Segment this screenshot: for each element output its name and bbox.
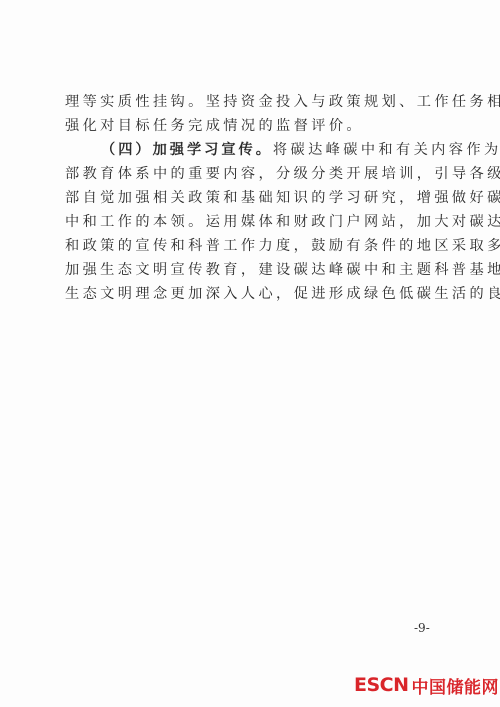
logo-cjk-text: 中国储能网 (412, 673, 500, 698)
heading-line-text: 将碳达峰碳中和有关内容作为财政干 (273, 142, 500, 158)
text-line: 生态文明理念更加深入人心，促进形成绿色低碳生活的良好氛围。 (65, 282, 437, 306)
page-number: -9- (414, 621, 430, 635)
text-line: 强化对目标任务完成情况的监督评价。 (65, 114, 437, 138)
text-line: 理等实质性挂钩。坚持资金投入与政策规划、工作任务相衔接， (65, 90, 437, 114)
text-line: 部教育体系中的重要内容，分级分类开展培训，引导各级财政干 (65, 162, 437, 186)
text-line: 加强生态文明宣传教育，建设碳达峰碳中和主题科普基地，推动 (65, 258, 437, 282)
escn-watermark-logo: ESCN 中国储能网 (354, 674, 499, 696)
text-line: 中和工作的本领。运用媒体和财政门户网站，加大对碳达峰碳中 (65, 210, 437, 234)
text-line: 部自觉加强相关政策和基础知识的学习研究，增强做好碳达峰碳 (65, 186, 437, 210)
section-heading: （四）加强学习宣传。 (101, 142, 273, 158)
body-text: 理等实质性挂钩。坚持资金投入与政策规划、工作任务相衔接， 强化对目标任务完成情况… (65, 90, 437, 306)
text-line: 和政策的宣传和科普工作力度，鼓励有条件的地区采取多种方式 (65, 234, 437, 258)
document-page: 理等实质性挂钩。坚持资金投入与政策规划、工作任务相衔接， 强化对目标任务完成情况… (0, 0, 500, 707)
section-heading-line: （四）加强学习宣传。将碳达峰碳中和有关内容作为财政干 (65, 138, 437, 162)
logo-latin-text: ESCN (354, 674, 409, 696)
